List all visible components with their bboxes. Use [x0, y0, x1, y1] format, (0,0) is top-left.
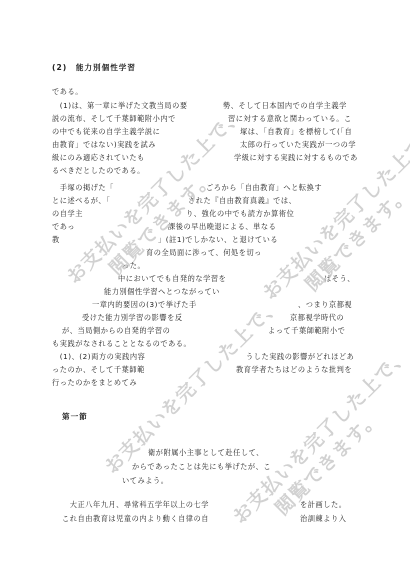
text-line: ごろから「自由教育」へと転換す — [206, 183, 322, 192]
text-line: とに述べるが、「 — [52, 196, 110, 205]
text-line: るべきだとしたのである。 — [52, 166, 145, 175]
text-line: 衛が附属小主事として赴任して、 — [148, 448, 264, 457]
text-line: よって千葉師範附小で — [268, 326, 345, 335]
text-line: うした実践の影響がどれほどあ — [246, 352, 354, 361]
text-line: 由教育」ではない)実践を試み — [52, 140, 156, 149]
text-line: 学級に対する実践に対するものであ — [234, 153, 358, 162]
text-line: ったのか、そして千葉師範 — [52, 365, 145, 374]
text-line: り、強化の中でも読方か算術位 — [186, 209, 294, 218]
text-line: 一章内的要因の(3)で挙げた手 — [92, 300, 197, 309]
text-line: 級にのみ適応されていたも — [52, 153, 145, 162]
text-line: 育の全局面に渉って、何処を切っ — [146, 248, 262, 257]
watermark: お支払いを完了した上で、 閲覧できます。 — [258, 119, 410, 322]
text-line: 課後の早出晩退による、単なる — [168, 222, 276, 231]
text-line: 教 — [52, 235, 60, 244]
text-line: 大正八年九月、尋常科五学年以上の七学 — [62, 500, 209, 509]
section-heading: (2) 能力別個性学習 — [52, 62, 136, 73]
text-line: 勢、そして日本国内での自学主義学 — [223, 101, 347, 110]
text-line: 」(註1)でしかない、と退けている — [158, 235, 278, 244]
text-line: 手塚の掲げた「 — [52, 183, 114, 192]
text-line: の自学主 — [52, 209, 83, 218]
text-line: を計画した。 — [300, 500, 346, 509]
section-heading-2: 第一節 — [62, 411, 88, 422]
text-line: 受けた能力別学習の影響を反 — [82, 313, 183, 322]
text-line: 説の流布、そして千葉師範附小内で — [52, 114, 176, 123]
text-line: (1)、(2)両方の実践内容 — [52, 352, 145, 361]
text-line: 治訓練より入 — [300, 514, 346, 523]
text-line: (1)は、第一章に挙げた文教当局の要 — [52, 101, 188, 110]
text-line: 行ったのかをまとめてみ — [52, 378, 137, 387]
text-line: が、当局側からの自発的学習の — [62, 326, 170, 335]
text-line: である。 — [52, 87, 83, 96]
text-line: からであったことは先にも挙げたが、こ — [132, 462, 271, 471]
text-line: 中においてでも自発的な学習を — [118, 274, 226, 283]
text-line: であっ — [52, 222, 75, 231]
text-line: 教育学者たちはどのような批判を — [236, 365, 352, 374]
text-line: いてみよう。 — [122, 476, 168, 485]
text-line: 能力別個性学習へとつながってい — [104, 287, 220, 296]
document-page: (2) 能力別個性学習 である。 (1)は、第一章に挙げた文教当局の要 勢、そし… — [0, 0, 410, 580]
text-line: も実践がなされることとなるのである。 — [52, 339, 191, 348]
text-line: の中でも従来の自学主義学説に — [52, 127, 160, 136]
text-line: これ自由教育は児童の内より動く自律の自 — [62, 514, 209, 523]
